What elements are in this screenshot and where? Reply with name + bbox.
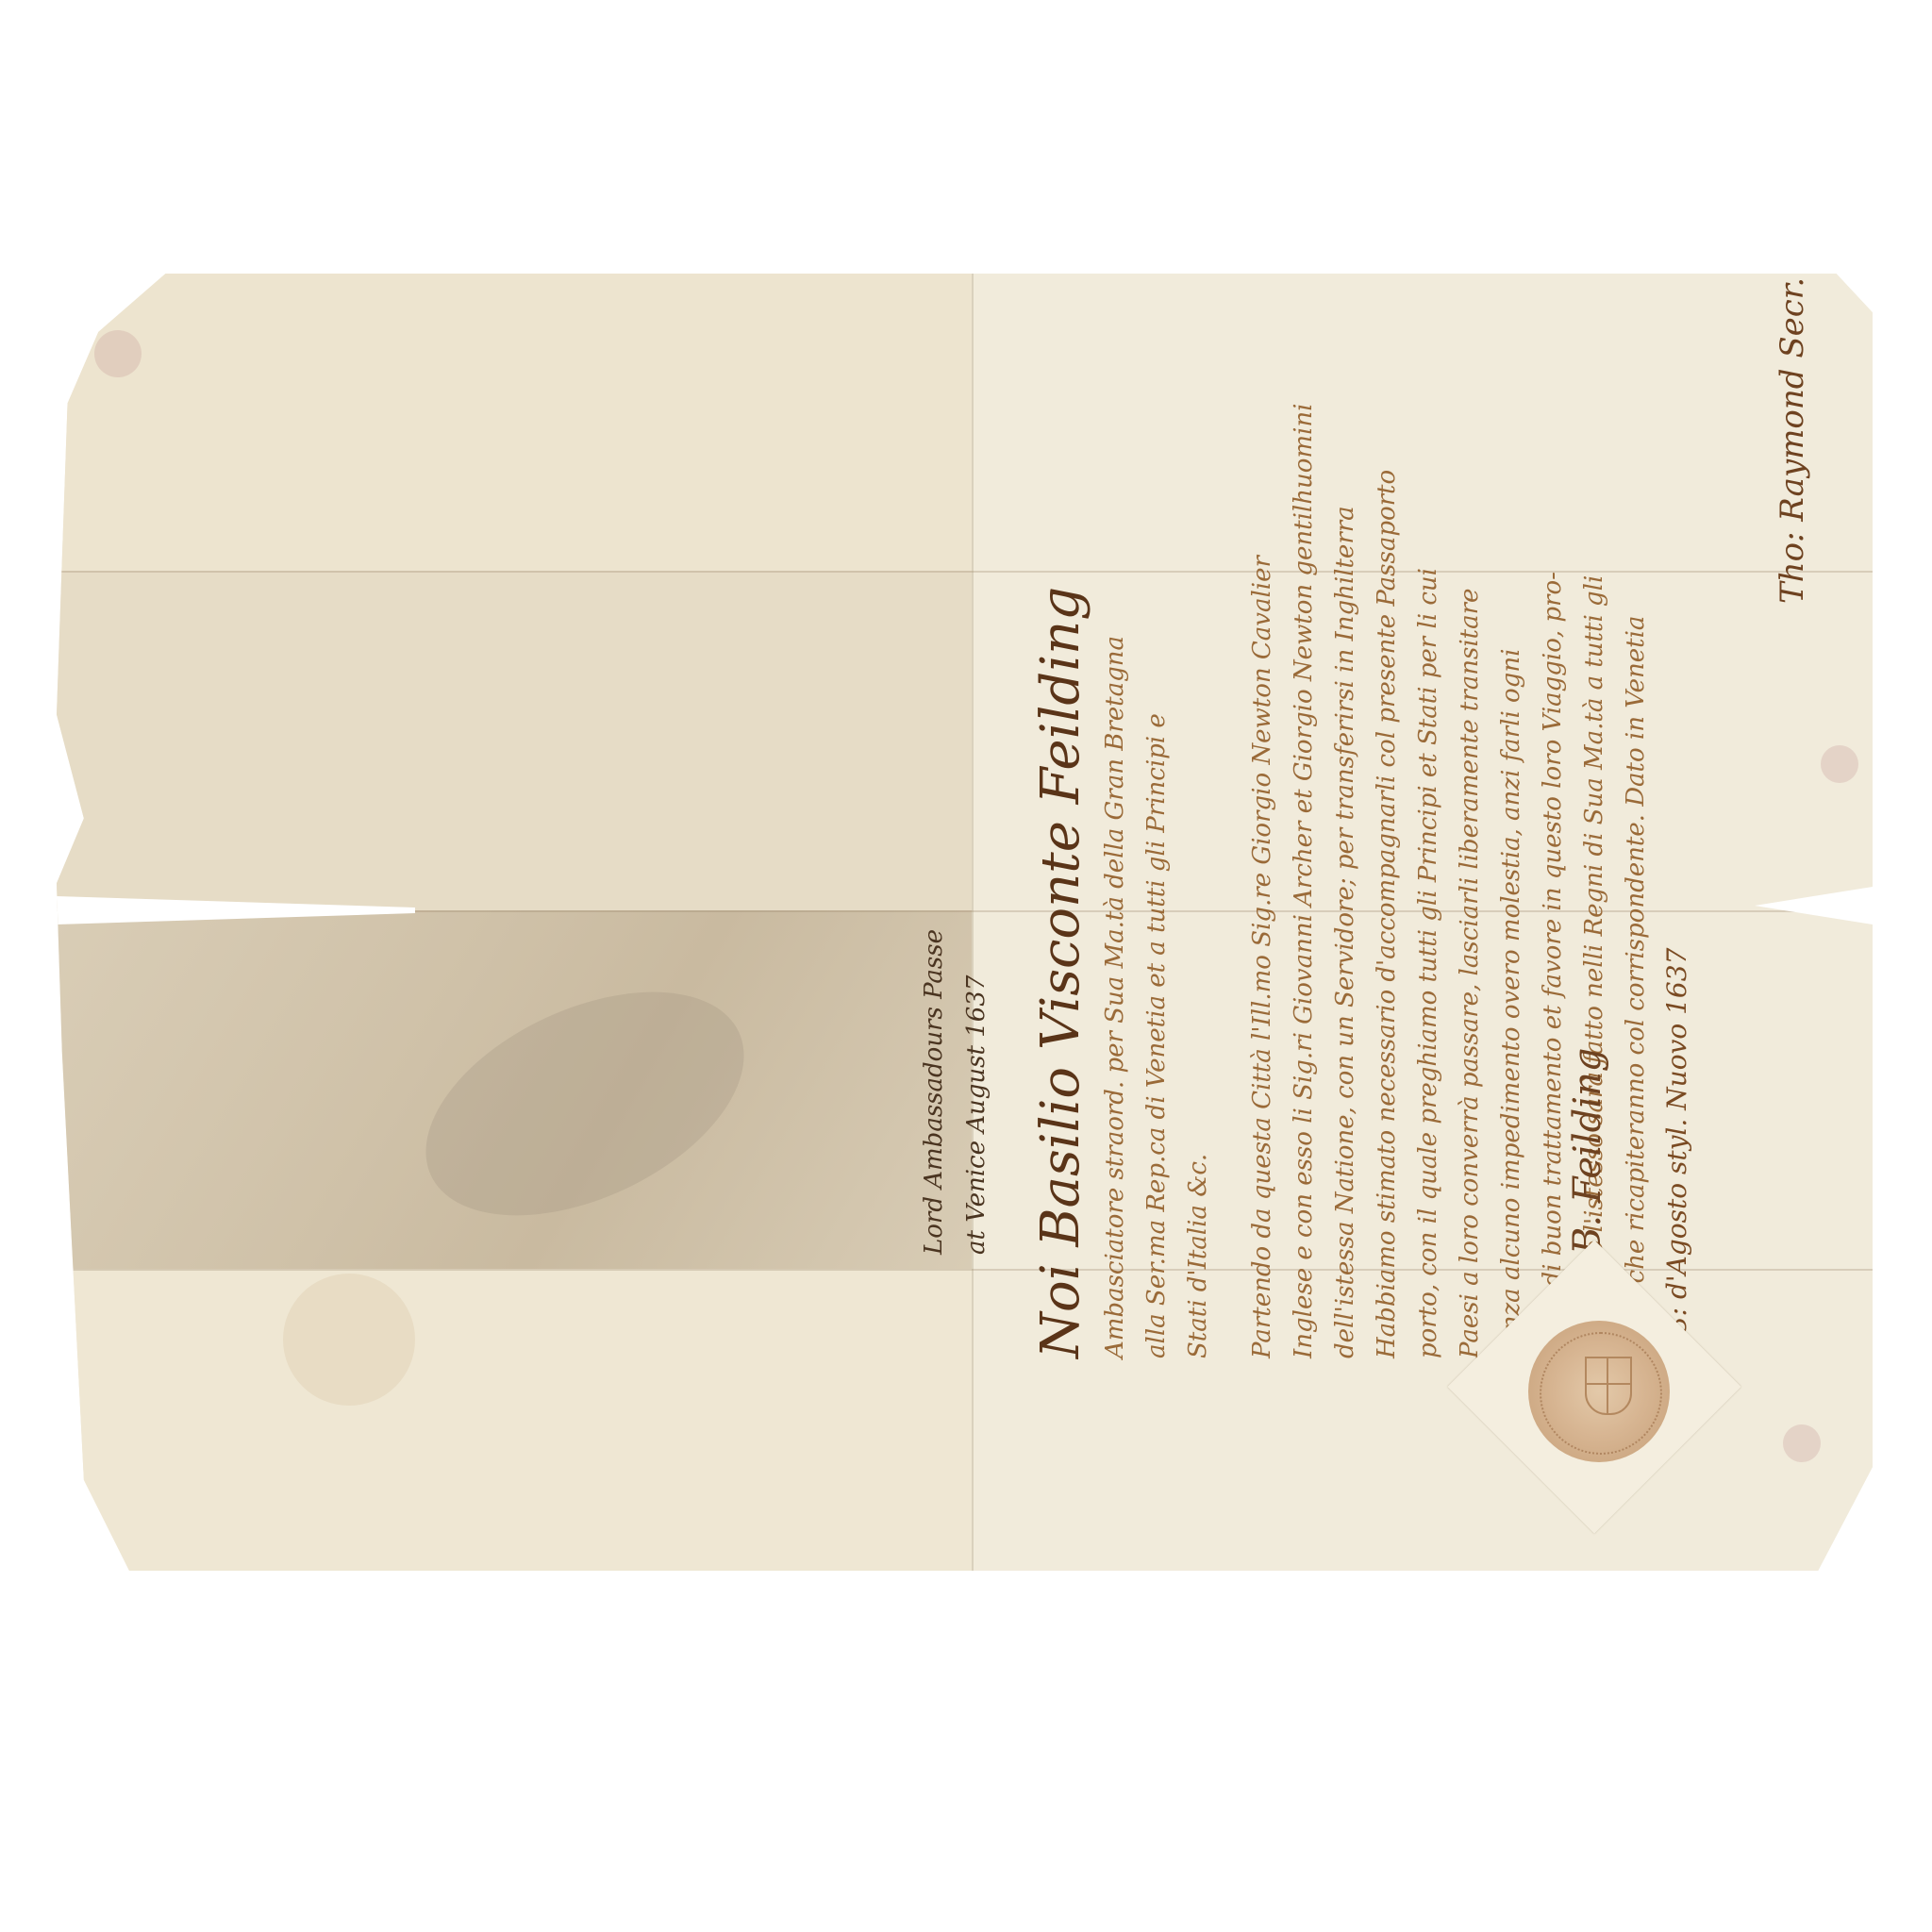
letter-line: porto, con il quale preghiamo tutti gli … (1407, 604, 1449, 1358)
secretary-signature: Tho: Raymond Secr. (1774, 277, 1811, 604)
coat-of-arms-shield-icon (1585, 1357, 1632, 1415)
bottom-left-panel (57, 1269, 972, 1571)
foxing-stain (283, 1274, 415, 1406)
letter-line: Inglese e con esso li Sig.ri Giovanni Ar… (1283, 604, 1324, 1358)
endorsement-line: Lord Ambassadours Passe (920, 929, 948, 1255)
principal-signature: B. Feilding (1566, 1048, 1609, 1255)
letter-line: dell'istessa Natione, con un Servidore; … (1324, 604, 1366, 1358)
letter-line: Stati d'Italia &c. (1177, 604, 1219, 1358)
letter-line: Habbiamo stimato necessario d'accompagna… (1366, 604, 1407, 1358)
endorsement-line: at Venice August 1637 (962, 975, 991, 1255)
top-left-panel (57, 274, 972, 571)
foxing-stain (1821, 745, 1858, 783)
wax-seal-area (1453, 1245, 1736, 1528)
letter-line: Partendo da questa Città l'Ill.mo Sig.re… (1241, 604, 1283, 1358)
letter-opening: Noi Basilio Visconte Feilding (1028, 604, 1094, 1358)
upper-middle-left-panel (57, 571, 972, 910)
vertical-fold (972, 274, 974, 1571)
letter-line: alla Ser.ma Rep.ca di Venetia et a tutti… (1136, 604, 1177, 1358)
foxing-stain (94, 330, 142, 377)
foxing-stain (1783, 1424, 1821, 1462)
letter-line: Ambasciatore straord. per Sua Ma.tà dell… (1094, 604, 1136, 1358)
horizontal-fold (57, 571, 1873, 573)
